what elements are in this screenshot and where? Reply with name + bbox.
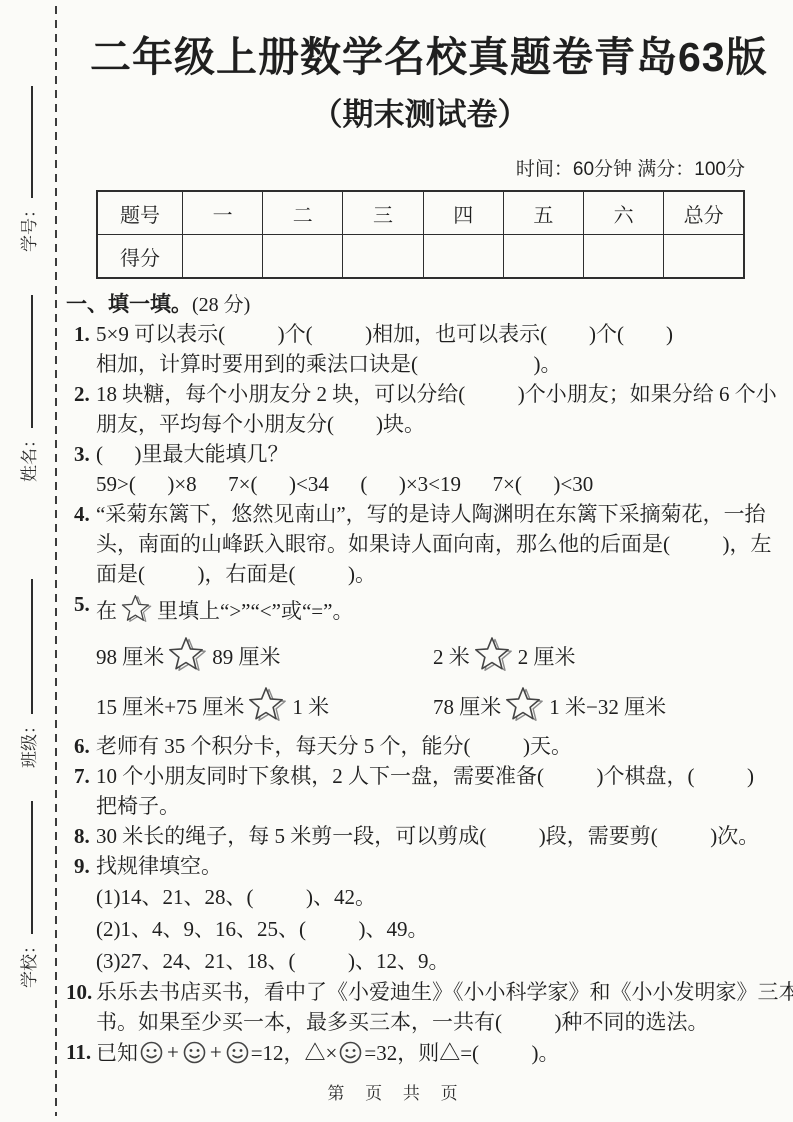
question-8-number: 8. <box>74 821 90 851</box>
score-cell-total <box>664 235 744 279</box>
question-11-text-start: 已知 <box>96 1037 138 1067</box>
smiley-icon <box>339 1041 362 1064</box>
col-header-6: 六 <box>584 191 664 235</box>
question-4-line-1: “采菊东篱下，悠然见南山”，写的是诗人陶渊明在东篱下采摘菊花，一抬 <box>96 499 750 529</box>
binding-dashed-line <box>55 6 57 1116</box>
page-title: 二年级上册数学名校真题卷青岛63版 <box>90 30 750 84</box>
question-1-line-2: 相加，计算时要用到的乘法口诀是( )。 <box>96 349 750 379</box>
question-8: 8. 30 米长的绳子，每 5 米剪一段，可以剪成( )段，需要剪( )次。 <box>60 821 750 851</box>
pair-left-value: 15 厘米+75 厘米 <box>96 691 244 721</box>
section-1-points: (28 分) <box>192 294 250 316</box>
question-11: 11. 已知 + <box>60 1037 750 1067</box>
col-header-1: 一 <box>183 191 263 235</box>
question-5-intro: 在 里填上“>”“<”或“=”。 <box>96 589 750 631</box>
star-icon <box>474 635 514 677</box>
col-header-total: 总分 <box>664 191 744 235</box>
question-10: 10. 乐乐去书店买书，看中了《小爱迪生》《小小科学家》和《小小发明家》三本 书… <box>60 977 750 1037</box>
smiley-icon <box>183 1041 206 1064</box>
question-10-line-1: 乐乐去书店买书，看中了《小爱迪生》《小小科学家》和《小小发明家》三本 <box>96 977 750 1007</box>
star-icon <box>168 635 208 677</box>
question-1-number: 1. <box>74 319 90 349</box>
question-10-number: 10. <box>66 977 92 1007</box>
sidebar-field-school: 学校： <box>18 790 42 988</box>
plus-sign: + <box>167 1040 179 1065</box>
col-header-5: 五 <box>503 191 583 235</box>
star-icon <box>505 685 545 727</box>
question-11-equation-2: =32，则△=( )。 <box>364 1037 559 1067</box>
question-2: 2. 18 块糖，每个小朋友分 2 块，可以分给( )个小朋友；如果分给 6 个… <box>60 379 750 439</box>
question-5-row-2: 15 厘米+75 厘米 1 米 78 厘米 <box>96 681 750 731</box>
col-header-3: 三 <box>343 191 423 235</box>
question-9-line-1: 找规律填空。 <box>96 851 750 881</box>
question-6: 6. 老师有 35 个积分卡，每天分 5 个，能分( )天。 <box>60 731 750 761</box>
name-label: 姓名： <box>20 431 39 482</box>
pair-left-value: 2 米 <box>433 641 470 671</box>
col-header-question-number: 题号 <box>97 191 183 235</box>
score-cell-1 <box>183 235 263 279</box>
pair-right-value: 89 厘米 <box>212 641 280 671</box>
score-table: 题号 一 二 三 四 五 六 总分 得分 <box>96 190 745 279</box>
question-7-line-1: 10 个小朋友同时下象棋，2 人下一盘，需要准备( )个棋盘，( ) <box>96 761 750 791</box>
question-4: 4. “采菊东篱下，悠然见南山”，写的是诗人陶渊明在东篱下采摘菊花，一抬 头，南… <box>60 499 750 589</box>
question-11-equation-1: =12，△× <box>251 1037 338 1067</box>
sidebar-field-name: 姓名： <box>18 284 42 482</box>
question-7-number: 7. <box>74 761 90 791</box>
question-5-number: 5. <box>74 589 90 619</box>
question-8-line-1: 30 米长的绳子，每 5 米剪一段，可以剪成( )段，需要剪( )次。 <box>96 821 750 851</box>
score-table-score-row: 得分 <box>97 235 744 279</box>
name-fill-line <box>27 295 33 428</box>
col-header-2: 二 <box>263 191 343 235</box>
comparison-pair: 15 厘米+75 厘米 1 米 <box>96 685 433 727</box>
pair-right-value: 1 米−32 厘米 <box>549 691 666 721</box>
class-fill-line <box>27 579 33 714</box>
question-3-number: 3. <box>74 439 90 469</box>
header-block: 二年级上册数学名校真题卷青岛63版 （期末测试卷） 时间：60分钟 满分：100… <box>60 30 750 182</box>
plus-sign: + <box>210 1040 222 1065</box>
main-content: 二年级上册数学名校真题卷青岛63版 （期末测试卷） 时间：60分钟 满分：100… <box>60 0 750 1067</box>
question-4-line-3: 面是( )，右面是( )。 <box>96 559 750 589</box>
question-11-number: 11. <box>66 1037 91 1067</box>
page-subtitle: （期末测试卷） <box>90 94 750 136</box>
question-1-line-1: 5×9 可以表示( )个( )相加，也可以表示( )个( ) <box>96 319 750 349</box>
question-9-number: 9. <box>74 851 90 881</box>
question-3-line-1: ( )里最大能填几？ <box>96 439 750 469</box>
question-1: 1. 5×9 可以表示( )个( )相加，也可以表示( )个( ) 相加，计算时… <box>60 319 750 379</box>
question-9-item-3: (3)27、24、21、18、( )、12、9。 <box>96 945 750 977</box>
time-score-info: 时间：60分钟 满分：100分 <box>90 158 750 182</box>
pair-right-value: 2 厘米 <box>518 641 576 671</box>
question-3-line-2: 59>( )×8 7×( )<34 ( )×3<19 7×( )<30 <box>96 469 750 499</box>
question-3: 3. ( )里最大能填几？ 59>( )×8 7×( )<34 ( )×3<19… <box>60 439 750 499</box>
col-header-4: 四 <box>423 191 503 235</box>
question-4-line-2: 头，南面的山峰跃入眼帘。如果诗人面向南，那么他的后面是( )，左 <box>96 529 750 559</box>
question-7-line-2: 把椅子。 <box>96 791 750 821</box>
score-row-label: 得分 <box>97 235 183 279</box>
question-9-item-1: (1)14、21、28、( )、42。 <box>96 881 750 913</box>
smiley-icon <box>226 1041 249 1064</box>
question-10-line-2: 书。如果至少买一本，最多买三本，一共有( )种不同的选法。 <box>96 1007 750 1037</box>
student-id-fill-line <box>27 86 33 198</box>
exam-page: 学号： 姓名： 班级： 学校： 二年级上册数学名校真题卷青岛63版 （期末测试卷… <box>0 0 793 1122</box>
section-1-title: 一、填一填。 <box>66 293 192 316</box>
pair-left-value: 78 厘米 <box>433 691 501 721</box>
question-9-item-2: (2)1、4、9、16、25、( )、49。 <box>96 913 750 945</box>
class-label: 班级： <box>20 717 39 768</box>
score-table-header-row: 题号 一 二 三 四 五 六 总分 <box>97 191 744 235</box>
pair-right-value: 1 米 <box>292 691 329 721</box>
question-5-row-1: 98 厘米 89 厘米 2 米 <box>96 631 750 681</box>
question-2-line-1: 18 块糖，每个小朋友分 2 块，可以分给( )个小朋友；如果分给 6 个小 <box>96 379 750 409</box>
question-5-intro-before: 在 <box>96 595 117 625</box>
question-6-line-1: 老师有 35 个积分卡，每天分 5 个，能分( )天。 <box>96 731 750 761</box>
star-icon <box>121 593 153 627</box>
score-cell-4 <box>423 235 503 279</box>
comparison-pair: 2 米 2 厘米 <box>433 635 576 677</box>
school-label: 学校： <box>20 937 39 988</box>
pair-left-value: 98 厘米 <box>96 641 164 671</box>
score-cell-3 <box>343 235 423 279</box>
question-2-line-2: 朋友，平均每个小朋友分( )块。 <box>96 409 750 439</box>
question-11-line: 已知 + <box>96 1037 750 1067</box>
comparison-pair: 98 厘米 89 厘米 <box>96 635 433 677</box>
question-6-number: 6. <box>74 731 90 761</box>
comparison-pair: 78 厘米 1 米−32 厘米 <box>433 685 666 727</box>
question-4-number: 4. <box>74 499 90 529</box>
sidebar-field-student-id: 学号： <box>18 77 42 252</box>
school-fill-line <box>27 801 33 934</box>
score-cell-6 <box>584 235 664 279</box>
sidebar-field-class: 班级： <box>18 568 42 768</box>
question-5-intro-after: 里填上“>”“<”或“=”。 <box>157 595 353 625</box>
question-9: 9. 找规律填空。 (1)14、21、28、( )、42。 (2)1、4、9、1… <box>60 851 750 977</box>
question-5: 5. 在 里填上“>”“<”或“=”。 98 厘米 <box>60 589 750 731</box>
smiley-icon <box>140 1041 163 1064</box>
question-2-number: 2. <box>74 379 90 409</box>
star-icon <box>248 685 288 727</box>
page-footer: 第 页 共 页 <box>0 1079 793 1104</box>
question-7: 7. 10 个小朋友同时下象棋，2 人下一盘，需要准备( )个棋盘，( ) 把椅… <box>60 761 750 821</box>
section-1-heading: 一、填一填。(28 分) <box>66 289 750 319</box>
student-id-label: 学号： <box>20 201 39 252</box>
score-cell-5 <box>503 235 583 279</box>
score-cell-2 <box>263 235 343 279</box>
